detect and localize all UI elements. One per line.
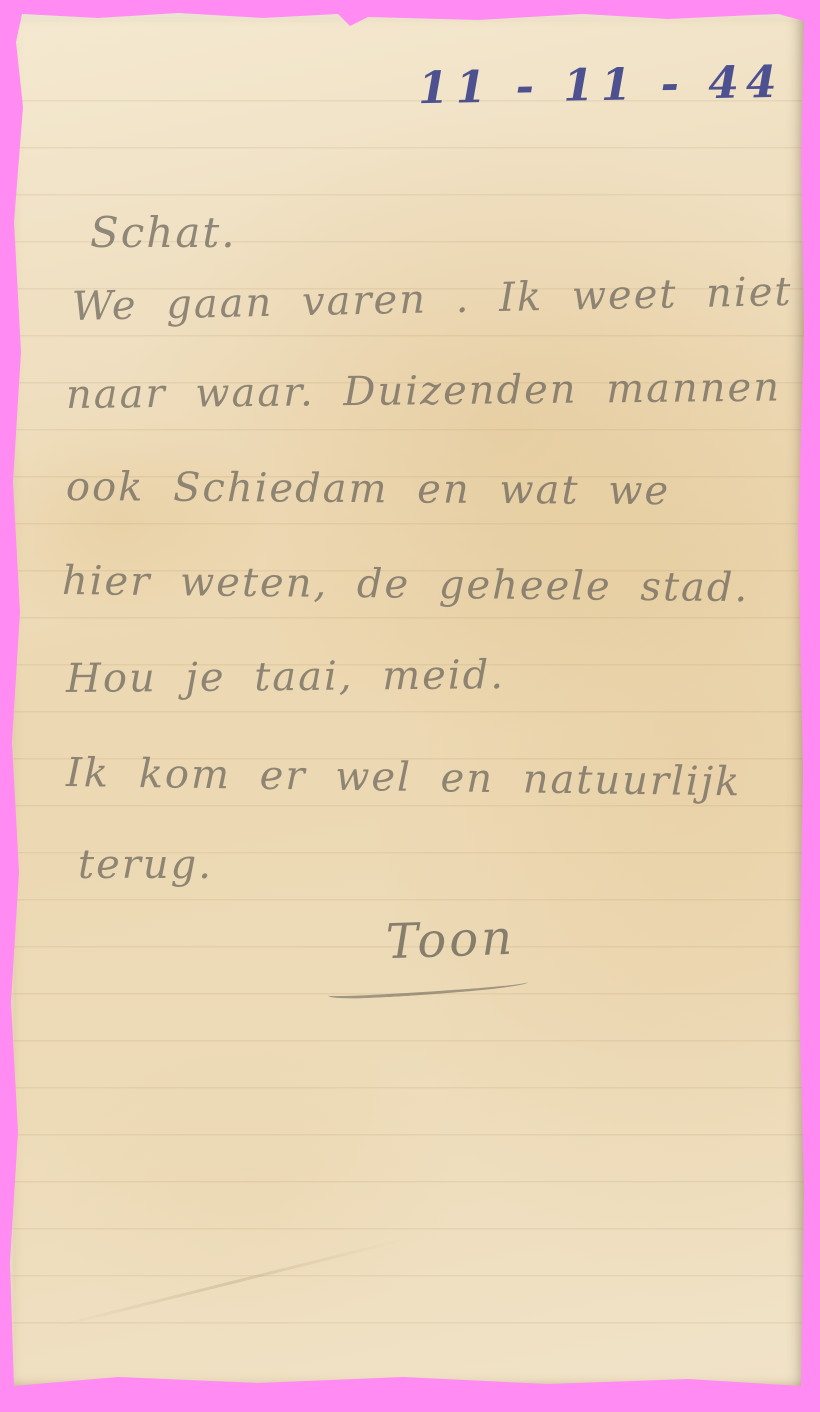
letter-line: ook Schiedam en wat we bbox=[66, 464, 670, 514]
torn-edge-top bbox=[8, 12, 804, 21]
letter-line: Hou je taai, meid. bbox=[66, 652, 505, 702]
letter-paper: 11 - 11 - 44 Schat. We gaan varen . Ik w… bbox=[8, 12, 804, 1386]
letter-salutation: Schat. bbox=[90, 208, 237, 257]
letter-line: terug. bbox=[78, 842, 213, 888]
scanned-letter-background: 11 - 11 - 44 Schat. We gaan varen . Ik w… bbox=[0, 0, 820, 1412]
letter-line: naar waar. Duizenden mannen bbox=[66, 365, 781, 418]
letter-signature: Toon bbox=[385, 910, 516, 970]
letter-line: hier weten, de geheele stad. bbox=[62, 558, 750, 611]
letter-line: Ik kom er wel en natuurlijk bbox=[66, 750, 742, 805]
letter-date: 11 - 11 - 44 bbox=[418, 57, 784, 114]
torn-edge-left bbox=[8, 12, 15, 1386]
